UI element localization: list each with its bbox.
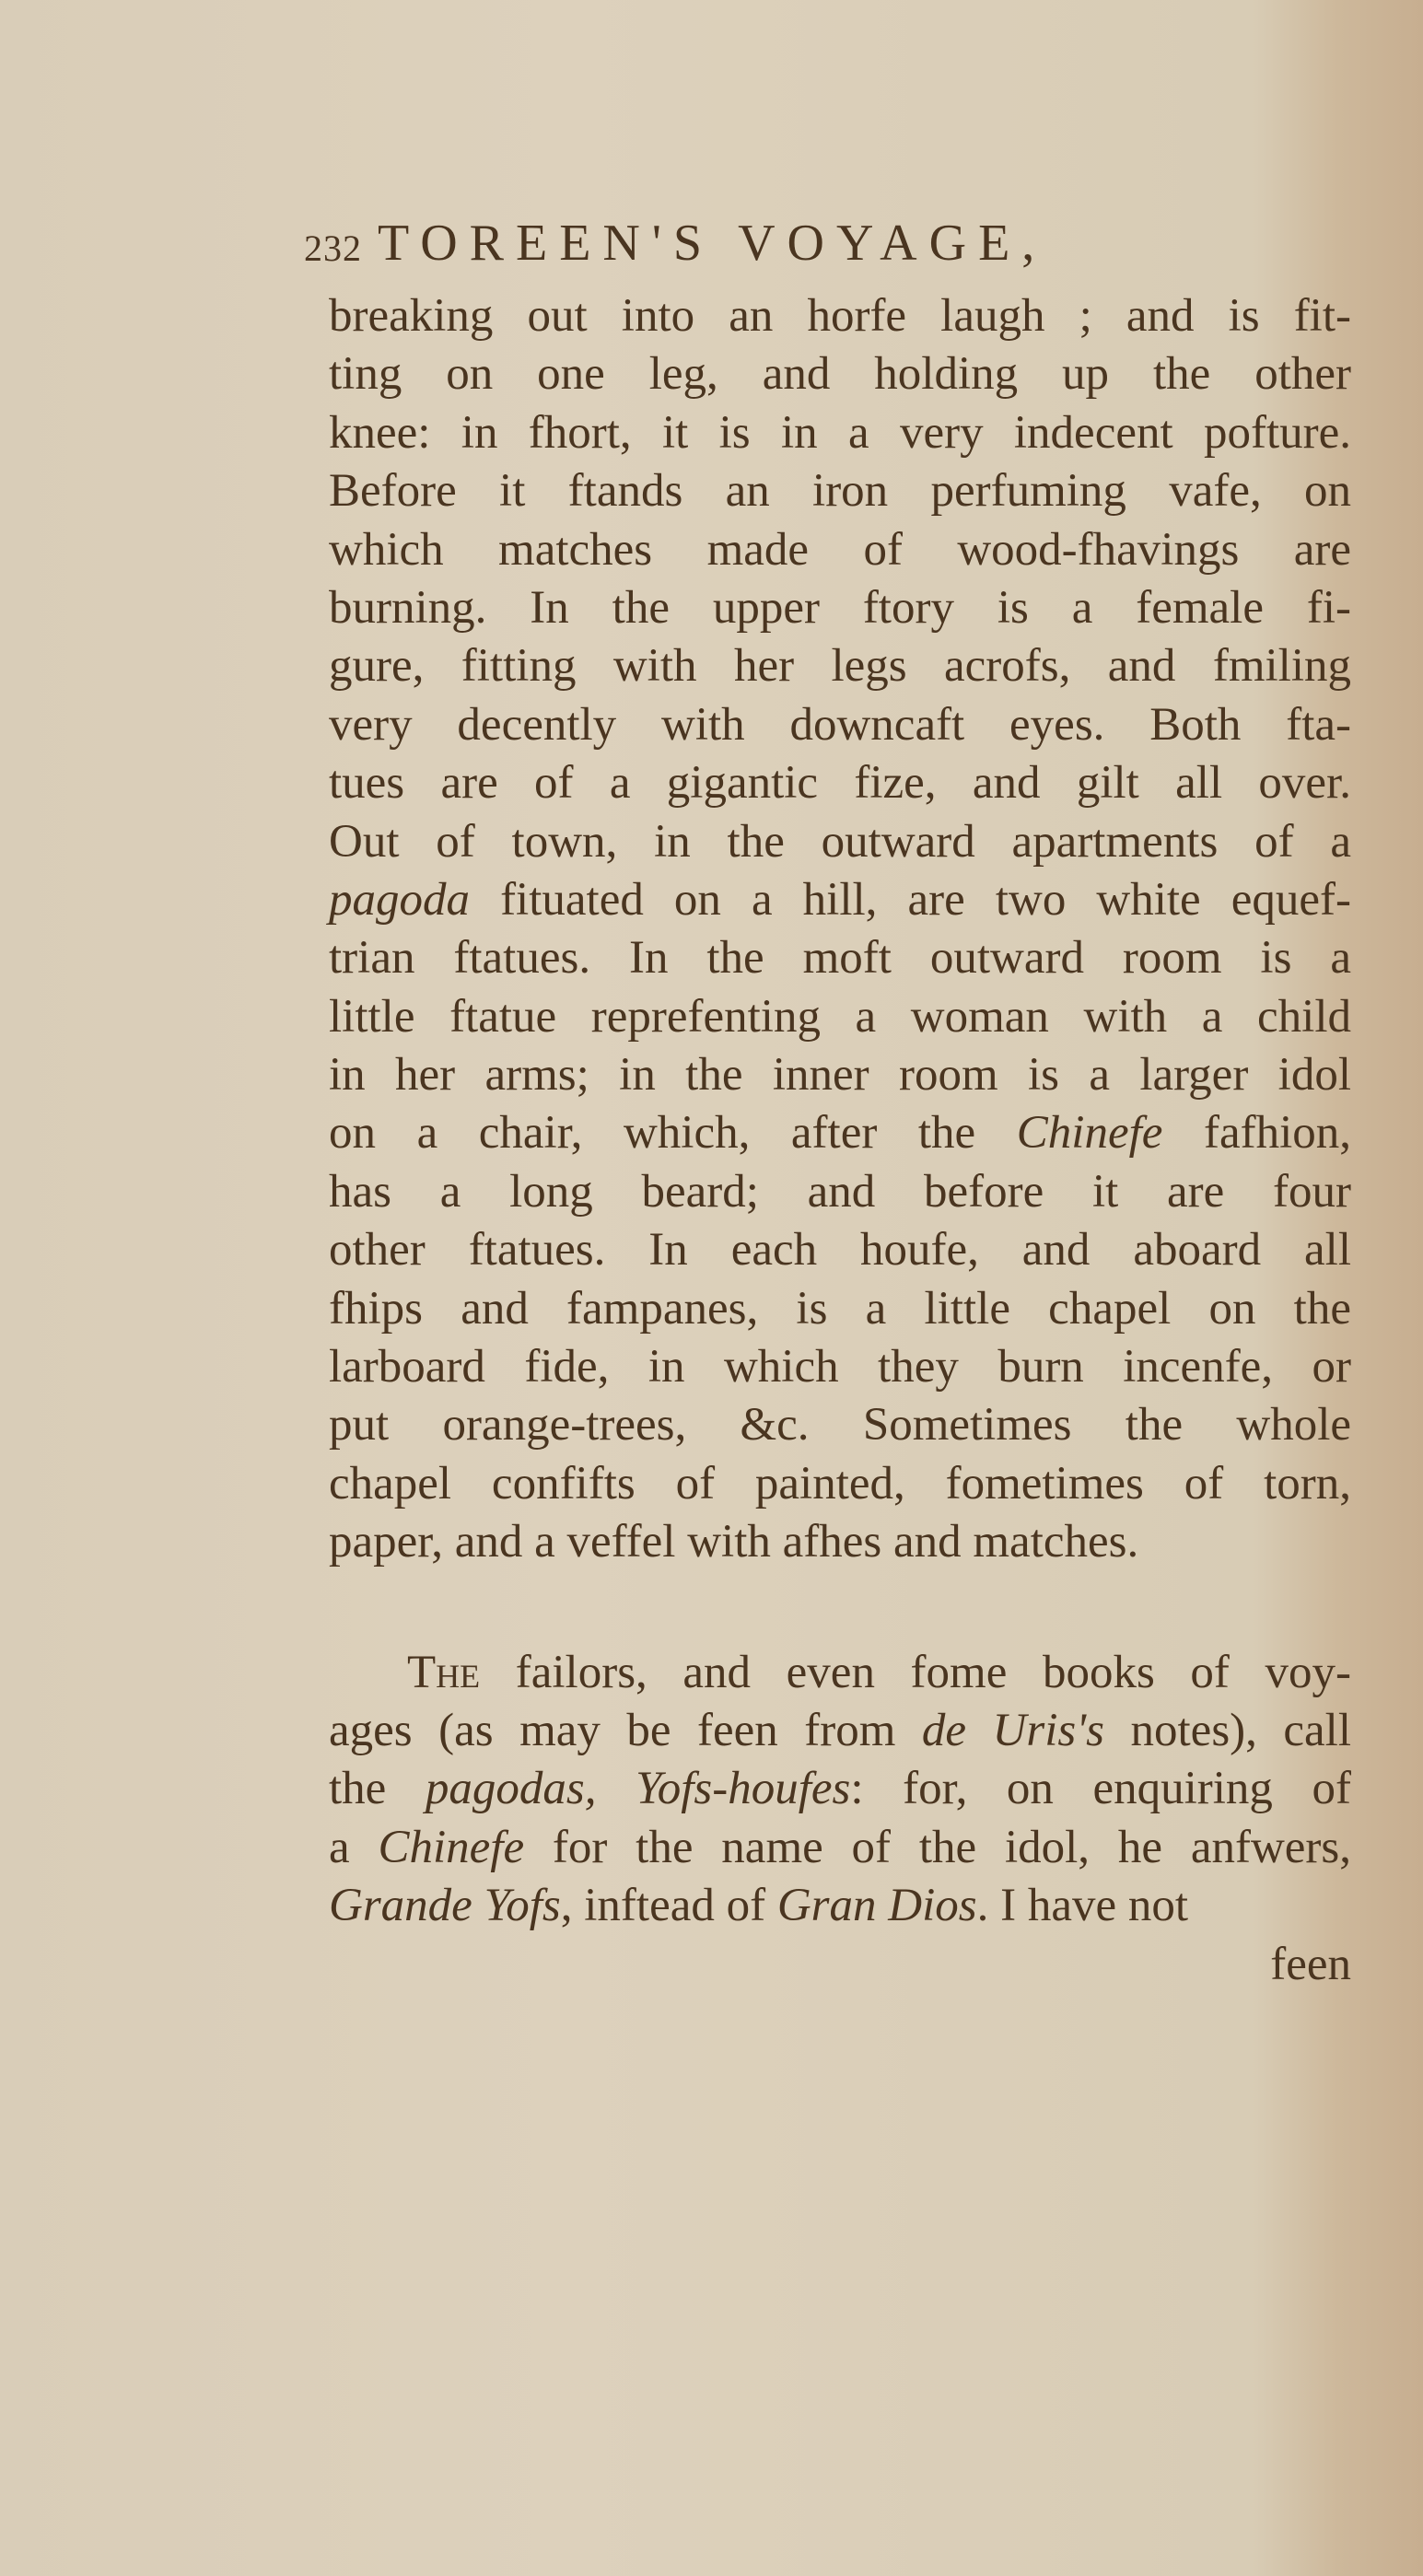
text-line: on a chair, which, after the Chinefe faf… <box>329 1104 1351 1162</box>
text-line: Out of town, in the outward apartments o… <box>329 813 1351 871</box>
text-line: ages (as may be feen from de Uris's note… <box>329 1702 1351 1760</box>
text-line: paper, and a veffel with afhes and match… <box>329 1513 1351 1571</box>
text-line: little ftatue reprefenting a woman with … <box>329 988 1351 1046</box>
text-line: chapel confifts of painted, fometimes of… <box>329 1455 1351 1513</box>
page-number: 232 <box>304 227 362 270</box>
running-head: TOREEN'S VOYAGE, <box>378 214 1046 273</box>
text-line: which matches made of wood-fhavings are <box>329 521 1351 579</box>
text-line: knee: in fhort, it is in a very indecent… <box>329 404 1351 462</box>
text-line: in her arms; in the inner room is a larg… <box>329 1046 1351 1104</box>
paragraph-2: The failors, and even fome books of voy-… <box>329 1644 1351 1936</box>
text-line: pagoda fituated on a hill, are two white… <box>329 871 1351 929</box>
text-line: ting on one leg, and holding up the othe… <box>329 345 1351 403</box>
book-page: 232 TOREEN'S VOYAGE, breaking out into a… <box>0 0 1423 2576</box>
text-line: larboard fide, in which they burn incenf… <box>329 1338 1351 1396</box>
text-line: the pagodas, Yofs-houfes: for, on enquir… <box>329 1760 1351 1818</box>
text-line: gure, fitting with her legs acrofs, and … <box>329 637 1351 695</box>
text-line: trian ftatues. In the moft outward room … <box>329 929 1351 987</box>
page-header: 232 TOREEN'S VOYAGE, <box>304 214 1336 278</box>
text-line: has a long beard; and before it are four <box>329 1163 1351 1221</box>
paragraph-gap <box>329 1572 1351 1644</box>
text-line: a Chinefe for the name of the idol, he a… <box>329 1819 1351 1877</box>
paragraph-1: breaking out into an horfe laugh ; and i… <box>329 287 1351 1572</box>
body-text: breaking out into an horfe laugh ; and i… <box>329 287 1351 1994</box>
text-line: very decently with downcaft eyes. Both f… <box>329 696 1351 754</box>
text-line: burning. In the upper ftory is a female … <box>329 579 1351 637</box>
text-line: fhips and fampanes, is a little chapel o… <box>329 1280 1351 1338</box>
text-line: The failors, and even fome books of voy- <box>329 1644 1351 1702</box>
text-line: tues are of a gigantic fize, and gilt al… <box>329 754 1351 812</box>
catchword: feen <box>329 1936 1351 1994</box>
text-line: Grande Yofs, inftead of Gran Dios. I hav… <box>329 1877 1351 1935</box>
text-line: breaking out into an horfe laugh ; and i… <box>329 287 1351 345</box>
text-line: Before it ftands an iron perfuming vafe,… <box>329 462 1351 520</box>
text-line: put orange-trees, &c. Sometimes the whol… <box>329 1396 1351 1454</box>
text-line: other ftatues. In each houfe, and aboard… <box>329 1221 1351 1279</box>
